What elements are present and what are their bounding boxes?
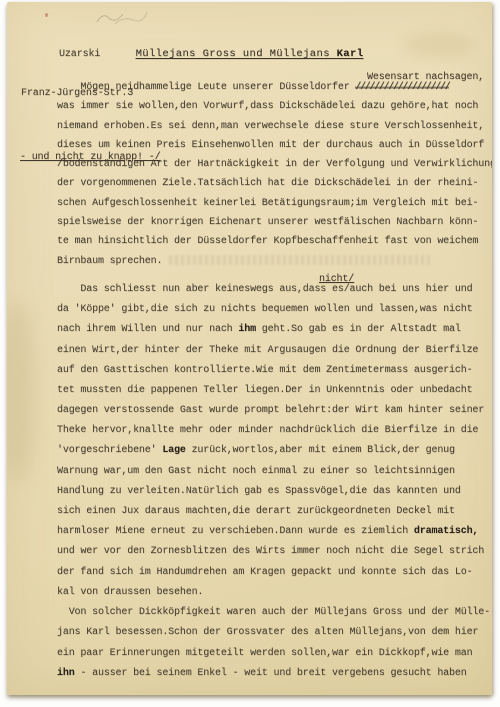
text-line: Mögen neidhammelige Leute unserer Düssel… [57, 78, 491, 97]
text-segment: nach ihrem Willen und nur nach [57, 324, 238, 335]
text-segment: ein paar Erinnerungen mitgeteilt werden … [57, 648, 472, 659]
text-segment: tet mussten die pappenen Teller liegen.D… [57, 385, 472, 396]
red-ink-speck [45, 13, 48, 17]
text-line: 'vorgeschriebene' Lage zurück,wortlos,ab… [57, 441, 491, 461]
text-segment: Birnbaum sprechen. [57, 256, 162, 267]
text-segment: dramatisch, [414, 526, 478, 537]
text-line: Das schliesst nun aber keineswegs aus,da… [57, 280, 491, 300]
scanned-page-background: Uzarski Franz-Jürgens-Str.3 Müllejans Gr… [0, 0, 500, 707]
text-segment: Lage [162, 445, 185, 456]
text-line: kal von draussen besehen. [57, 583, 491, 603]
text-line: Von solcher Dickköpfigkeit waren auch de… [57, 603, 491, 624]
text-segment: der fand sich im Handumdrehen am Kragen … [57, 567, 472, 578]
text-line: jans Karl besessen.Schon der Grossvater … [57, 623, 491, 644]
text-segment: der vorgenommenen Ziele.Tatsächlich hat … [57, 178, 478, 189]
paragraph: Das schliesst nun aber keineswegs aus,da… [57, 280, 491, 603]
paragraph: Von solcher Dickköpfigkeit waren auch de… [57, 603, 491, 685]
text-line: te man hinsichtlich der Düsseldorfer Kop… [57, 232, 491, 251]
text-segment: da 'Köppe' gibt,die sich zu nichts beque… [57, 304, 472, 315]
text-line: harmloser Miene erneut zu verschieben.Da… [57, 522, 491, 542]
text-line: dagegen verstossende Gast wurde prompt b… [57, 401, 491, 421]
text-segment: kal von draussen besehen. [57, 587, 203, 598]
typewritten-page: Uzarski Franz-Jürgens-Str.3 Müllejans Gr… [7, 2, 492, 695]
text-segment: te man hinsichtlich der Düsseldorfer Kop… [57, 236, 478, 247]
page-title: Müllejans Gross und Müllejans Karl [7, 48, 492, 60]
text-segment: ihn [57, 668, 75, 679]
text-segment: Von solcher Dickköpfigkeit waren auch de… [57, 607, 490, 618]
text-line: nach ihrem Willen und nur nach ihm geht.… [57, 320, 491, 340]
text-segment: Theke hervor,knallte mehr oder minder na… [57, 425, 478, 436]
text-segment: dieses um keinen Preis Einsehenwollen mi… [57, 140, 484, 151]
text-line: /bodenständigen Art der Hartnäckigkeit i… [57, 155, 491, 174]
text-line: spielsweise der knorrigen Eichenart unse… [57, 213, 491, 232]
text-line: Warnung war,um den Gast nicht noch einma… [57, 462, 491, 482]
text-segment: zurück,wortlos,aber mit einem Blick,der … [186, 445, 455, 456]
text-segment: Warnung war,um den Gast nicht noch einma… [57, 466, 455, 477]
text-line: Theke hervor,knallte mehr oder minder na… [57, 421, 491, 441]
document-body: Mögen neidhammelige Leute unserer Düssel… [57, 78, 491, 685]
text-segment: was immer sie wollen,den Vorwurf,dass Di… [57, 101, 478, 112]
text-line: einen Wirt,der hinter der Theke mit Argu… [57, 341, 491, 361]
text-line: was immer sie wollen,den Vorwurf,dass Di… [57, 97, 491, 116]
text-segment: geht.So gab es in der Altstadt mal [256, 324, 461, 335]
text-segment: spielsweise der knorrigen Eichenart unse… [57, 217, 478, 228]
text-line: auf den Gasttischen kontrollierte.Wie mi… [57, 361, 491, 381]
typed-insertion: nicht/ [319, 275, 354, 285]
text-line: ihn - ausser bei seinem Enkel - weit und… [57, 664, 491, 685]
text-segment: ihm [238, 324, 256, 335]
paper-stain [7, 302, 37, 482]
title-text: Müllejans Gross und Müllejans [136, 48, 337, 60]
text-segment: und wer vor den Zornesblitzen des Wirts … [57, 546, 484, 557]
text-segment: dagegen verstossende Gast wurde prompt b… [57, 405, 484, 416]
text-segment: einen Wirt,der hinter der Theke mit Argu… [57, 345, 478, 356]
text-segment: Das schliesst nun aber keineswegs aus,da… [57, 284, 472, 295]
text-line: niemand erhoben.Es sei denn,man verwechs… [57, 117, 491, 136]
text-line: schen Aufgeschlossenheit keinerlei Betät… [57, 194, 491, 213]
title-emphasized-name: Karl [337, 48, 364, 60]
text-line: Handlung zu verleiten.Natürlich gab es S… [57, 482, 491, 502]
text-segment: auf den Gasttischen kontrollierte.Wie mi… [57, 365, 472, 376]
text-line: da 'Köppe' gibt,die sich zu nichts beque… [57, 300, 491, 320]
text-segment: - ausser bei seinem Enkel - weit und bre… [75, 668, 467, 679]
text-segment: sich einen Jux daraus machten,die derart… [57, 506, 455, 517]
typed-insertion: Wesensart nachsagen, [367, 73, 484, 83]
text-segment: harmloser Miene erneut zu verschieben.Da… [57, 526, 414, 537]
typed-insertion: - und nicht zu knapp! -/ [20, 153, 160, 163]
text-line: tet mussten die pappenen Teller liegen.D… [57, 381, 491, 401]
text-line: und wer vor den Zornesblitzen des Wirts … [57, 542, 491, 562]
text-line: ein paar Erinnerungen mitgeteilt werden … [57, 644, 491, 665]
struck-out-word: //////////////////// [355, 82, 449, 93]
text-segment: Mögen neidhammelige Leute unserer Düssel… [57, 82, 355, 93]
text-segment: jans Karl besessen.Schon der Grossvater … [57, 627, 478, 638]
text-line: sich einen Jux daraus machten,die derart… [57, 502, 491, 522]
text-line: der fand sich im Handumdrehen am Kragen … [57, 563, 491, 583]
text-line: der vorgenommenen Ziele.Tatsächlich hat … [57, 174, 491, 193]
text-segment: 'vorgeschriebene' [57, 445, 162, 456]
text-segment: Handlung zu verleiten.Natürlich gab es S… [57, 486, 461, 497]
text-line: Birnbaum sprechen. [57, 252, 491, 271]
paragraph: Mögen neidhammelige Leute unserer Düssel… [57, 78, 491, 271]
text-segment: niemand erhoben.Es sei denn,man verwechs… [57, 121, 484, 132]
text-segment: schen Aufgeschlossenheit keinerlei Betät… [57, 198, 478, 209]
